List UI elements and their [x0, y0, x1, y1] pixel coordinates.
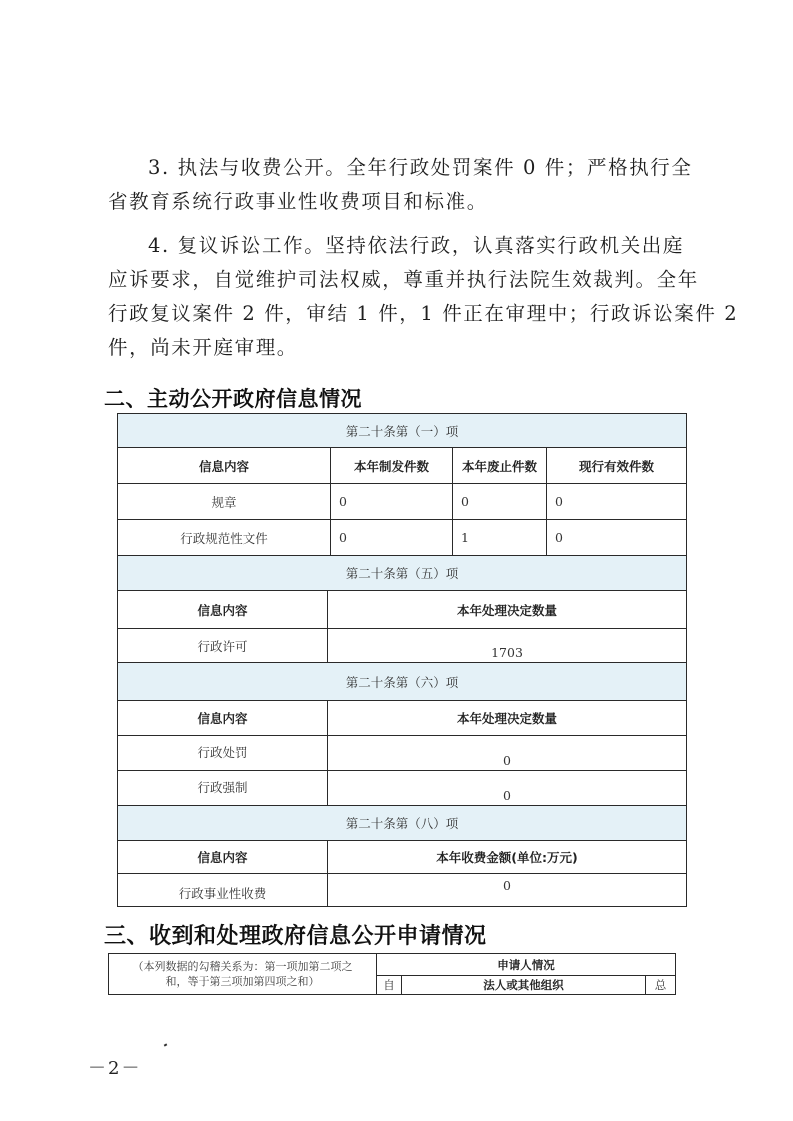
paragraph-line: 应诉要求，自觉维护司法权威，尊重并执行法院生效裁判。全年	[108, 263, 708, 297]
row-label: 行政许可	[117, 628, 327, 662]
column-header-content: 信息内容	[117, 590, 327, 628]
row-label: 行政强制	[117, 770, 327, 805]
paragraph-line: 行政复议案件 2 件，审结 1 件，1 件正在审理中；行政诉讼案件 2	[108, 297, 708, 331]
table-section-article20-item5: 第二十条第（五）项	[117, 555, 687, 590]
row-label: 行政处罚	[117, 735, 327, 770]
cell-effective: 0	[546, 483, 687, 519]
table-header-row: 信息内容 本年处理决定数量	[117, 700, 687, 735]
row-label: 行政规范性文件	[117, 519, 330, 555]
cell-decisions: 0	[327, 735, 687, 770]
table-section-article20-item8: 第二十条第（八）项	[117, 805, 687, 840]
checksum-note-line: （本列数据的勾稽关系为：第一项加第二项之	[133, 959, 353, 974]
table-row: 规章 0 0 0	[117, 483, 687, 519]
paragraph-law-enforcement: 3. 执法与收费公开。全年行政处罚案件 0 件；严格执行全 省教育系统行政事业性…	[108, 151, 708, 219]
column-header-abolished: 本年废止件数	[452, 447, 546, 483]
column-header-effective: 现行有效件数	[546, 447, 687, 483]
requests-table: （本列数据的勾稽关系为：第一项加第二项之 和，等于第三项加第四项之和） 申请人情…	[108, 953, 676, 995]
column-header-content: 信息内容	[117, 700, 327, 735]
column-header-content: 信息内容	[117, 447, 330, 483]
paragraph-line: 件，尚未开庭审理。	[108, 331, 708, 365]
cell-effective: 0	[546, 519, 687, 555]
column-header-decisions: 本年处理决定数量	[327, 590, 687, 628]
subheader-natural-person: 自	[376, 975, 402, 995]
column-header-content: 信息内容	[117, 840, 327, 873]
row-label: 规章	[117, 483, 330, 519]
checksum-note-cell: （本列数据的勾稽关系为：第一项加第二项之 和，等于第三项加第四项之和）	[108, 953, 377, 995]
cell-issued: 0	[330, 483, 452, 519]
checksum-note-line: 和，等于第三项加第四项之和）	[166, 974, 320, 989]
paragraph-line: 4. 复议诉讼工作。坚持依法行政，认真落实行政机关出庭	[108, 229, 708, 263]
table-section-article20-item1: 第二十条第（一）项	[117, 413, 687, 447]
table-header-row: 信息内容 本年处理决定数量	[117, 590, 687, 628]
table-section-article20-item6: 第二十条第（六）项	[117, 662, 687, 700]
column-header-fee-amount: 本年收费金额(单位:万元)	[327, 840, 687, 873]
section-heading-proactive-disclosure: 二、主动公开政府信息情况	[104, 383, 362, 413]
cell-issued: 0	[330, 519, 452, 555]
scan-artifact	[164, 1043, 168, 1046]
applicant-header: 申请人情况	[376, 953, 676, 976]
table-header-row: 信息内容 本年收费金额(单位:万元)	[117, 840, 687, 873]
cell-abolished: 1	[452, 519, 546, 555]
table-row: 行政处罚 0	[117, 735, 687, 770]
table-bottom-border	[117, 906, 687, 907]
subheader-legal-entity: 法人或其他组织	[401, 975, 646, 995]
column-header-decisions: 本年处理决定数量	[327, 700, 687, 735]
cell-decisions: 1703	[327, 628, 687, 662]
table-row: 行政许可 1703	[117, 628, 687, 662]
page-number: －2－	[88, 1054, 141, 1080]
cell-abolished: 0	[452, 483, 546, 519]
subheader-total: 总	[645, 975, 676, 995]
section-heading-requests: 三、收到和处理政府信息公开申请情况	[104, 919, 487, 950]
column-header-issued: 本年制发件数	[330, 447, 452, 483]
paragraph-reconsideration-litigation: 4. 复议诉讼工作。坚持依法行政，认真落实行政机关出庭 应诉要求，自觉维护司法权…	[108, 229, 708, 365]
table-row: 行政强制 0	[117, 770, 687, 805]
cell-decisions: 0	[327, 770, 687, 805]
table-row: 行政规范性文件 0 1 0	[117, 519, 687, 555]
row-label: 行政事业性收费	[117, 873, 327, 906]
table-row: 行政事业性收费 0	[117, 873, 687, 906]
cell-fee-amount: 0	[327, 873, 687, 906]
paragraph-line: 3. 执法与收费公开。全年行政处罚案件 0 件；严格执行全	[108, 151, 708, 185]
paragraph-line: 省教育系统行政事业性收费项目和标准。	[108, 185, 708, 219]
table-header-row: 信息内容 本年制发件数 本年废止件数 现行有效件数	[117, 447, 687, 483]
